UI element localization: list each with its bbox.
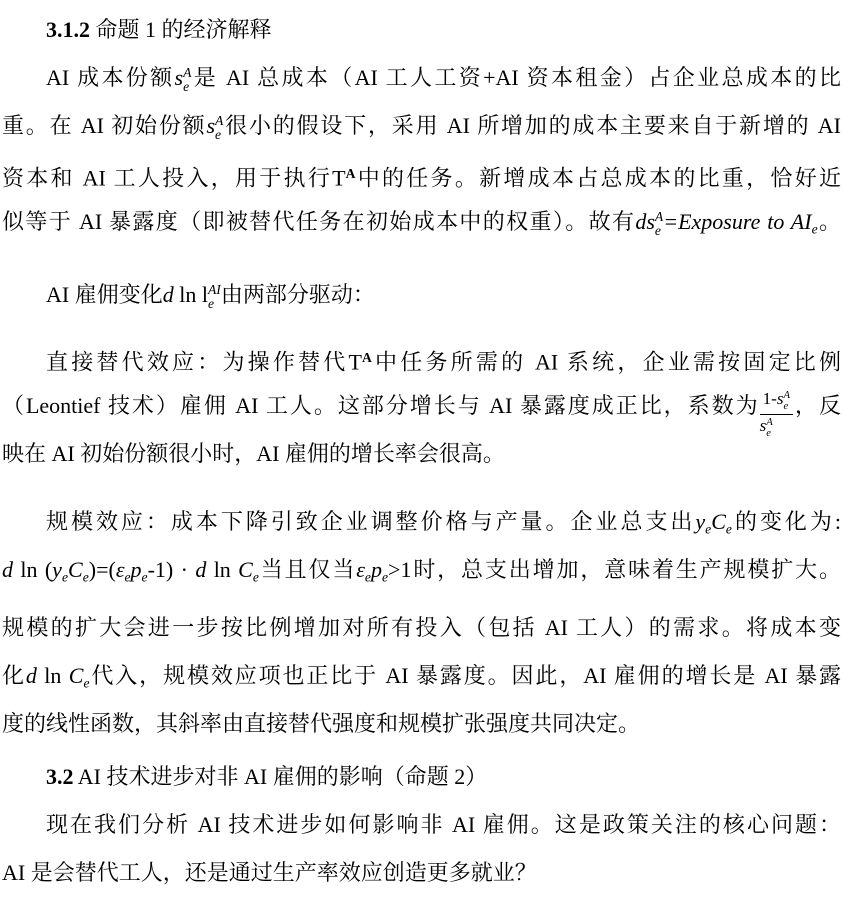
- text-run: s: [206, 113, 215, 138]
- text-line: 化d ln Ce代入，规模效应项也正比于 AI 暴露度。因此，AI 雇佣的增长是…: [2, 652, 841, 700]
- text-line: 资本和 AI 工人投入，用于执行TA中的任务。新增成本占总成本的比重，恰好近: [2, 150, 841, 198]
- text-run: T: [332, 166, 345, 191]
- text-run: 资本和 AI 工人投入，用于执行: [2, 166, 332, 191]
- text-run: 直接替代效应：为操作替代: [46, 350, 349, 375]
- text-run: 中任务所需的 AI 系统，企业需按固定比例: [372, 350, 841, 375]
- text-line: 似等于 AI 暴露度（即被替代任务在初始成本中的权重）。故有dsAe=Expos…: [2, 198, 841, 246]
- math-subsup: Ae: [655, 210, 663, 238]
- math-fraction: 1-sAesAe: [760, 389, 793, 439]
- text-run: 的变化为:: [732, 509, 841, 534]
- text-run: 3.1.2: [46, 17, 90, 42]
- text-run: y: [695, 509, 705, 534]
- text-run: C: [69, 663, 84, 688]
- text-run: 中的任务。新增成本占总成本的比重，恰好近: [355, 166, 841, 191]
- text-run: =: [663, 209, 678, 234]
- text-run: y: [52, 557, 62, 582]
- text-run: AI 成本份额: [46, 65, 175, 90]
- text-run: Exposure to AI: [678, 209, 811, 234]
- text-run: ln: [37, 663, 69, 688]
- text-run: ln (: [13, 557, 52, 582]
- math-subsup: Ae: [784, 391, 791, 413]
- text-run: 很小的假设下，采用 AI 所增加的成本主要来自于新增的 AI: [223, 113, 841, 138]
- text-run: d: [195, 557, 206, 582]
- text-line: 映在 AI 初始份额很小时，AI 雇佣的增长率会很高。: [2, 430, 841, 478]
- text-run: T: [349, 350, 362, 375]
- text-run: 当且仅当: [259, 557, 356, 582]
- document-page: 3.1.2 命题 1 的经济解释AI 成本份额sAe是 AI 总成本（AI 工人…: [0, 0, 843, 897]
- text-run: AI 是会替代工人，还是通过生产率效应创造更多就业？: [2, 860, 537, 885]
- text-line: 直接替代效应：为操作替代TA中任务所需的 AI 系统，企业需按固定比例: [2, 334, 841, 382]
- text-run: 是 AI 总成本（AI 工人工资+AI 资本租金）占企业总成本的比: [191, 65, 841, 90]
- text-run: 由两部分驱动：: [221, 282, 375, 307]
- text-run: 1-: [763, 389, 777, 408]
- text-line: AI 成本份额sAe是 AI 总成本（AI 工人工资+AI 资本租金）占企业总成…: [2, 54, 841, 102]
- text-run: C: [238, 557, 253, 582]
- text-line: 现在我们分析 AI 技术进步如何影响非 AI 雇佣。这是政策关注的核心问题：: [2, 801, 841, 849]
- text-run: ε: [356, 557, 365, 582]
- text-run: ds: [635, 209, 655, 234]
- text-run: 化: [2, 663, 26, 688]
- text-run: ，反: [793, 393, 841, 418]
- text-run: d: [26, 663, 37, 688]
- math-subsup: AIe: [208, 283, 221, 311]
- text-run: 规模的扩大会进一步按比例增加对所有投入（包括 AI 工人）的需求。将成本变: [2, 615, 841, 640]
- math-superscript: A: [346, 166, 356, 181]
- text-line: 重。在 AI 初始份额sAe很小的假设下，采用 AI 所增加的成本主要来自于新增…: [2, 102, 841, 150]
- text-run: C: [68, 557, 83, 582]
- text-run: 规模效应：成本下降引致企业调整价格与产量。企业总支出: [46, 509, 695, 534]
- text-run: d: [163, 282, 174, 307]
- text-run: （Leontief 技术）雇佣 AI 工人。这部分增长与 AI 暴露度成正比，系…: [2, 393, 760, 418]
- text-run: 现在我们分析 AI 技术进步如何影响非 AI 雇佣。这是政策关注的核心问题：: [46, 812, 841, 837]
- text-line: 规模效应：成本下降引致企业调整价格与产量。企业总支出yeCe的变化为:: [2, 498, 841, 546]
- text-run: ·: [173, 557, 195, 582]
- text-run: p: [131, 557, 142, 582]
- text-run: C: [711, 509, 726, 534]
- text-run: ln: [206, 557, 238, 582]
- text-run: 命题 1 的经济解释: [90, 17, 272, 42]
- text-run: s: [175, 65, 184, 90]
- text-line: （Leontief 技术）雇佣 AI 工人。这部分增长与 AI 暴露度成正比，系…: [2, 382, 841, 430]
- math-superscript: A: [362, 350, 372, 365]
- text-run: s: [777, 389, 784, 408]
- text-run: 代入，规模效应项也正比于 AI 暴露度。因此，AI 雇佣的增长是 AI 暴露: [90, 663, 841, 688]
- text-line: d ln (yeCe)=(εepe-1) · d ln Ce当且仅当εepe>1…: [2, 546, 841, 594]
- math-subsup: Ae: [766, 418, 773, 440]
- text-run: 映在 AI 初始份额很小时，AI 雇佣的增长率会很高。: [2, 441, 505, 466]
- text-run: 。: [818, 209, 841, 234]
- text-run: 度的线性函数，其斜率由直接替代强度和规模扩张强度共同决定。: [2, 711, 640, 736]
- section-heading-3-2: 3.2 AI 技术进步对非 AI 雇佣的影响（命题 2）: [2, 753, 841, 801]
- text-run: AI 技术进步对非 AI 雇佣的影响（命题 2）: [74, 764, 488, 789]
- text-line: 度的线性函数，其斜率由直接替代强度和规模扩张强度共同决定。: [2, 700, 841, 748]
- text-run: AI 雇佣变化: [46, 282, 163, 307]
- text-run: )=(: [89, 557, 116, 582]
- text-run: -1): [148, 557, 174, 582]
- text-line: AI 雇佣变化d ln lAIe由两部分驱动：: [2, 271, 841, 319]
- text-run: 重。在 AI 初始份额: [2, 113, 206, 138]
- text-run: d: [2, 557, 13, 582]
- text-run: >1时，总支出增加，意味着生产规模扩大。: [388, 557, 841, 582]
- text-line: 规模的扩大会进一步按比例增加对所有投入（包括 AI 工人）的需求。将成本变: [2, 604, 841, 652]
- text-run: 3.2: [46, 764, 74, 789]
- section-heading-3-1-2: 3.1.2 命题 1 的经济解释: [2, 6, 841, 54]
- text-run: 似等于 AI 暴露度（即被替代任务在初始成本中的权重）。故有: [2, 209, 635, 234]
- text-run: ln l: [174, 282, 208, 307]
- text-run: p: [371, 557, 382, 582]
- text-line: AI 是会替代工人，还是通过生产率效应创造更多就业？: [2, 849, 841, 897]
